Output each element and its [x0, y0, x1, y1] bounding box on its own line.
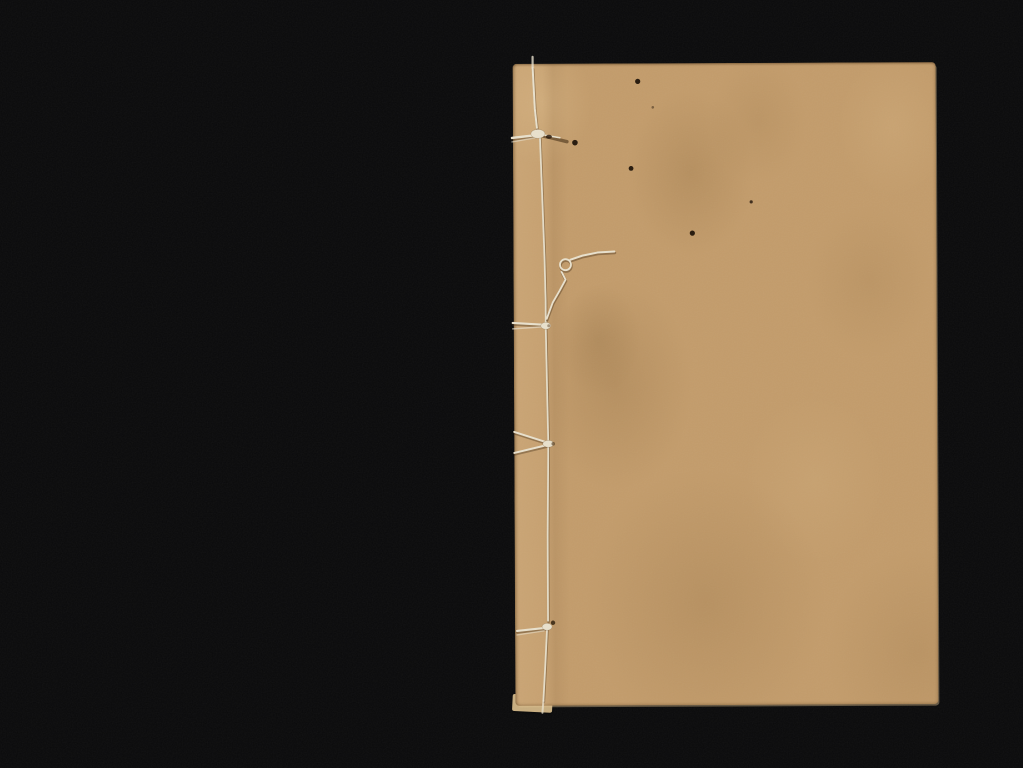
book-cover	[513, 62, 939, 706]
photo-stage	[0, 0, 1023, 768]
book-group	[0, 0, 1023, 768]
